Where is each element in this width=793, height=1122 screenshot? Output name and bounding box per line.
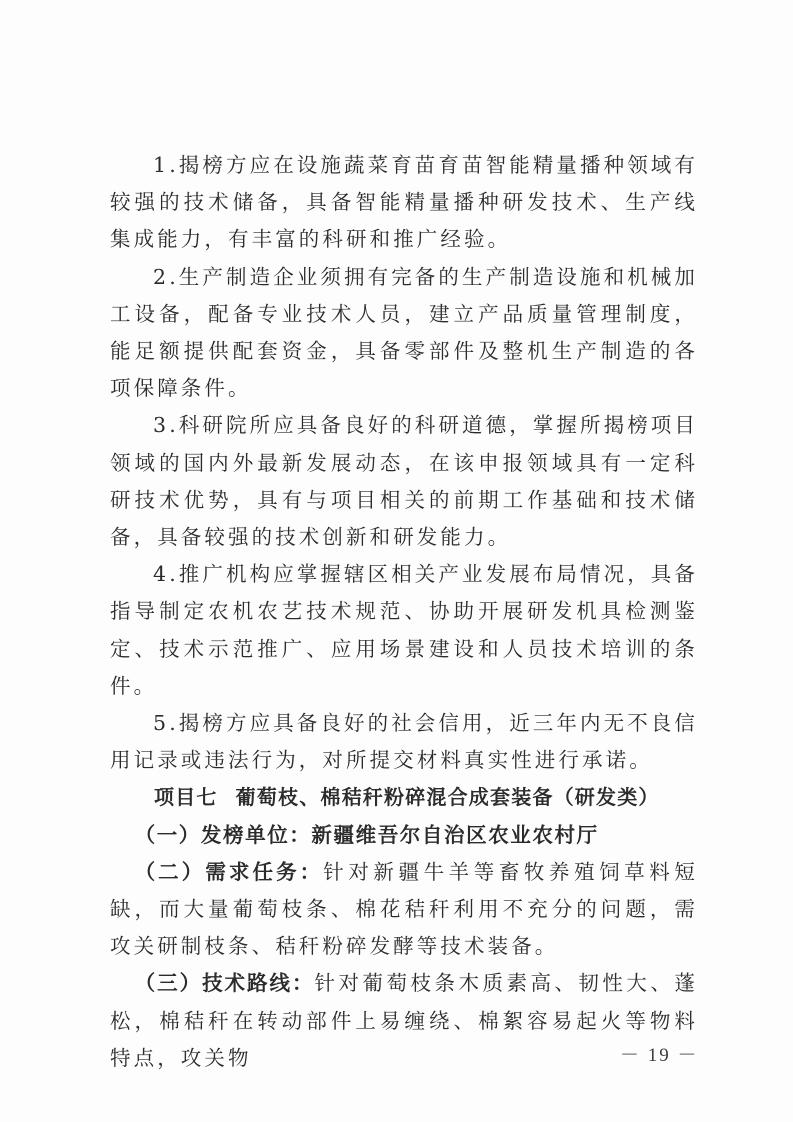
section-demand-task: （二）需求任务：针对新疆牛羊等畜牧养殖饲草料短缺，而大量葡萄枝条、棉花秸秆利用不… xyxy=(110,854,698,966)
requirement-paragraph-3: 3.科研院所应具备良好的科研道德，掌握所揭榜项目领域的国内外最新发展动态，在该申… xyxy=(110,407,698,556)
page-number: － 19 － xyxy=(620,1040,699,1067)
requirement-paragraph-2: 2.生产制造企业须拥有完备的生产制造设施和机械加工设备，配备专业技术人员，建立产… xyxy=(110,259,698,408)
project-number: 项目七 xyxy=(154,785,218,809)
requirement-paragraph-4: 4.推广机构应掌握辖区相关产业发展布局情况，具备指导制定农机农艺技术规范、协助开… xyxy=(110,556,698,705)
requirement-paragraph-1: 1.揭榜方应在设施蔬菜育苗育苗智能精量播种领域有较强的技术储备，具备智能精量播种… xyxy=(110,147,698,259)
section-label-technical-route: （三）技术路线： xyxy=(135,971,315,995)
project-heading: 项目七葡萄枝、棉秸秆粉碎混合成套装备（研发类） xyxy=(110,779,698,816)
section-technical-route: （三）技术路线：针对葡萄枝条木质素高、韧性大、蓬松，棉秸秆在转动部件上易缠绕、棉… xyxy=(110,965,698,1077)
project-title: 葡萄枝、棉秸秆粉碎混合成套装备（研发类） xyxy=(236,785,660,809)
requirement-paragraph-5: 5.揭榜方应具备良好的社会信用，近三年内无不良信用记录或违法行为，对所提交材料真… xyxy=(110,705,698,779)
section-label-issuing-unit: （一）发榜单位： xyxy=(135,823,312,847)
document-page: 1.揭榜方应在设施蔬菜育苗育苗智能精量播种领域有较强的技术储备，具备智能精量播种… xyxy=(0,0,793,1122)
section-issuing-unit: （一）发榜单位：新疆维吾尔自治区农业农村厅 xyxy=(110,817,698,854)
document-body: 1.揭榜方应在设施蔬菜育苗育苗智能精量播种领域有较强的技术储备，具备智能精量播种… xyxy=(110,147,698,1077)
section-label-demand-task: （二）需求任务： xyxy=(135,860,324,884)
section-text-issuing-unit: 新疆维吾尔自治区农业农村厅 xyxy=(311,823,598,847)
